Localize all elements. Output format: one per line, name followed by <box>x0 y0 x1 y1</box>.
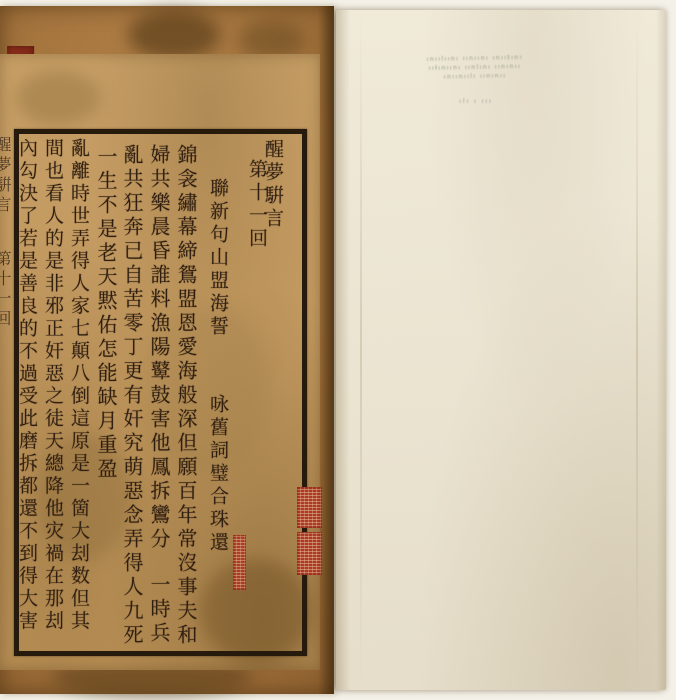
text-column-poem-4: 一生不是老天黙佑怎能缺月重盈 <box>96 146 116 482</box>
banxin-chapter: 第十一回 <box>0 250 10 330</box>
text-column-chapter: 第十一回 <box>247 159 266 251</box>
blank-right-page: ınıılıını ıınıını ınııtını ııłınıını ıın… <box>336 10 666 690</box>
page-fold-shadow <box>318 6 334 694</box>
paper-crease <box>636 10 638 690</box>
stain <box>16 70 100 126</box>
scan-background: 醒夢騈言 第十一回 醒夢騈言 第十一回 聯新句山盟海誓 咏舊詞璧合珠還 錦衾繡幕… <box>0 0 676 700</box>
library-stamp: ınıılıını ıınıını ınııtını ııłınıını ıın… <box>400 52 551 82</box>
left-book-page: 醒夢騈言 第十一回 醒夢騈言 第十一回 聯新句山盟海誓 咏舊詞璧合珠還 錦衾繡幕… <box>0 6 334 694</box>
text-column-couplet-lower: 咏舊詞璧合珠還 <box>208 394 227 555</box>
text-column-poem-2b: 一時兵 <box>149 574 169 646</box>
banxin-title: 醒夢騈言 <box>0 136 10 216</box>
stamp-line: ınıınıılı ıınınıı <box>400 70 550 82</box>
text-column-poem-2: 婦共樂晨昏誰料漁陽鼙鼓害他鳳拆鸞分 <box>149 144 169 552</box>
paper-crease <box>360 10 362 690</box>
stain <box>128 10 220 60</box>
seal-fragment-icon <box>233 535 246 590</box>
text-frame: 醒夢騈言 第十一回 聯新句山盟海誓 咏舊詞璧合珠還 錦衾繡幕締鴛盟恩愛海般深但願… <box>14 129 307 656</box>
text-column-poem-1: 錦衾繡幕締鴛盟恩愛海般深但願百年常沒事夫和 <box>176 144 196 648</box>
text-column-prose-1: 亂離時世弄得人家七顛八倒這原是一箇大刦数但其 <box>69 138 88 633</box>
printed-page: 醒夢騈言 第十一回 醒夢騈言 第十一回 聯新句山盟海誓 咏舊詞璧合珠還 錦衾繡幕… <box>0 54 320 670</box>
text-column-prose-2: 間也看人的是非邪正奸惡之徒天總降他灾禍在那刦 <box>43 138 62 633</box>
call-number-stamp: ılı ı ııı <box>436 98 516 105</box>
text-column-poem-3: 亂共狂奔已自苦零丁更有奸究萌惡念弄得人九死 <box>122 144 142 648</box>
text-column-prose-3: 內勾決了若是善良的不過受此磨拆都還不到得大害 <box>17 138 36 633</box>
text-column-couplet-upper: 聯新句山盟海誓 <box>208 178 227 339</box>
